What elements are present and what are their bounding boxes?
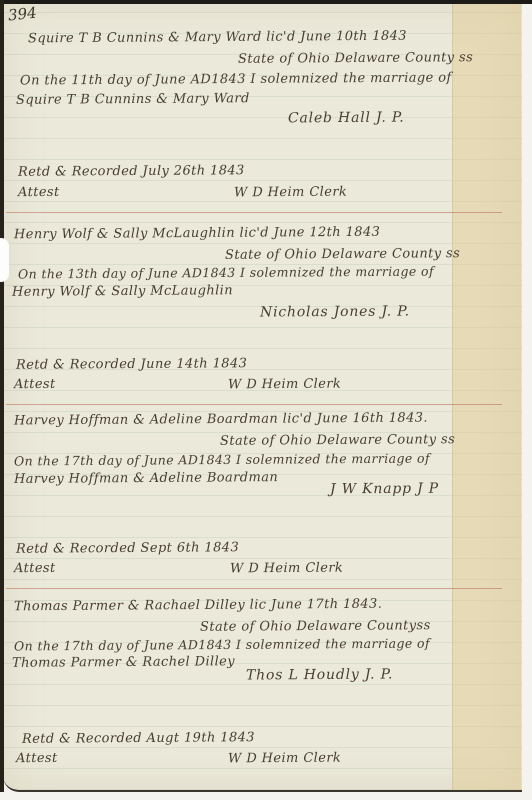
entry-3-state-line: State of Ohio Delaware County ss <box>220 432 455 449</box>
page-edge-tan-strip <box>452 3 521 790</box>
entry-3-solemnized-line: On the 17th day of June AD1843 I solemni… <box>14 451 430 469</box>
entry-4-clerk-signature: W D Heim Clerk <box>228 751 341 767</box>
entry-1-license-line: Squire T B Cunnins & Mary Ward lic'd Jun… <box>28 29 407 47</box>
entry-1-attest-label: Attest <box>18 185 60 200</box>
entry-1-officiant-signature: Caleb Hall J. P. <box>288 110 405 127</box>
book-binding-left-edge <box>0 0 4 792</box>
entry-3-clerk-signature: W D Heim Clerk <box>230 561 343 577</box>
entry-4-license-line: Thomas Parmer & Rachael Dilley lic June … <box>14 597 382 615</box>
entry-2-couple-line: Henry Wolf & Sally McLaughlin <box>12 283 233 300</box>
ledger-page-photo: 394 Squire T B Cunnins & Mary Ward lic'd… <box>0 0 532 800</box>
entry-1-couple-line: Squire T B Cunnins & Mary Ward <box>16 91 250 108</box>
entry-4-attest-label: Attest <box>16 751 58 766</box>
entry-separator <box>6 404 502 405</box>
entry-3-recorded-line: Retd & Recorded Sept 6th 1843 <box>16 540 239 557</box>
entry-2-clerk-signature: W D Heim Clerk <box>228 377 341 393</box>
entry-3-couple-line: Harvey Hoffman & Adeline Boardman <box>14 470 278 487</box>
page-number: 394 <box>7 4 37 25</box>
entry-1-solemnized-line: On the 11th day of June AD1843 I solemni… <box>20 70 452 88</box>
entry-2-officiant-signature: Nicholas Jones J. P. <box>260 303 410 320</box>
entry-4-state-line: State of Ohio Delaware Countyss <box>200 618 431 635</box>
entry-2-license-line: Henry Wolf & Sally McLaughlin lic'd June… <box>14 225 380 243</box>
entry-1-clerk-signature: W D Heim Clerk <box>234 185 347 201</box>
page-clip-mark <box>0 238 9 282</box>
entry-separator <box>6 588 502 589</box>
entry-2-state-line: State of Ohio Delaware County ss <box>225 246 460 263</box>
entry-1-recorded-line: Retd & Recorded July 26th 1843 <box>18 163 245 180</box>
entry-4-solemnized-line: On the 17th day of June AD1843 I solemni… <box>14 636 430 654</box>
entry-2-solemnized-line: On the 13th day of June AD1843 I solemni… <box>18 264 434 282</box>
book-binding-top-edge <box>0 0 532 4</box>
entry-4-officiant-signature: Thos L Houdly J. P. <box>246 666 393 683</box>
entry-3-attest-label: Attest <box>14 561 56 576</box>
entry-1-state-line: State of Ohio Delaware County ss <box>238 50 473 67</box>
entry-2-attest-label: Attest <box>14 377 56 392</box>
entry-3-license-line: Harvey Hoffman & Adeline Boardman lic'd … <box>14 411 428 429</box>
entry-separator <box>6 212 502 213</box>
entry-3-officiant-signature: J W Knapp J P <box>330 481 439 498</box>
entry-2-recorded-line: Retd & Recorded June 14th 1843 <box>16 356 247 373</box>
entry-4-recorded-line: Retd & Recorded Augt 19th 1843 <box>22 730 255 747</box>
entry-4-couple-line: Thomas Parmer & Rachel Dilley <box>12 654 235 671</box>
